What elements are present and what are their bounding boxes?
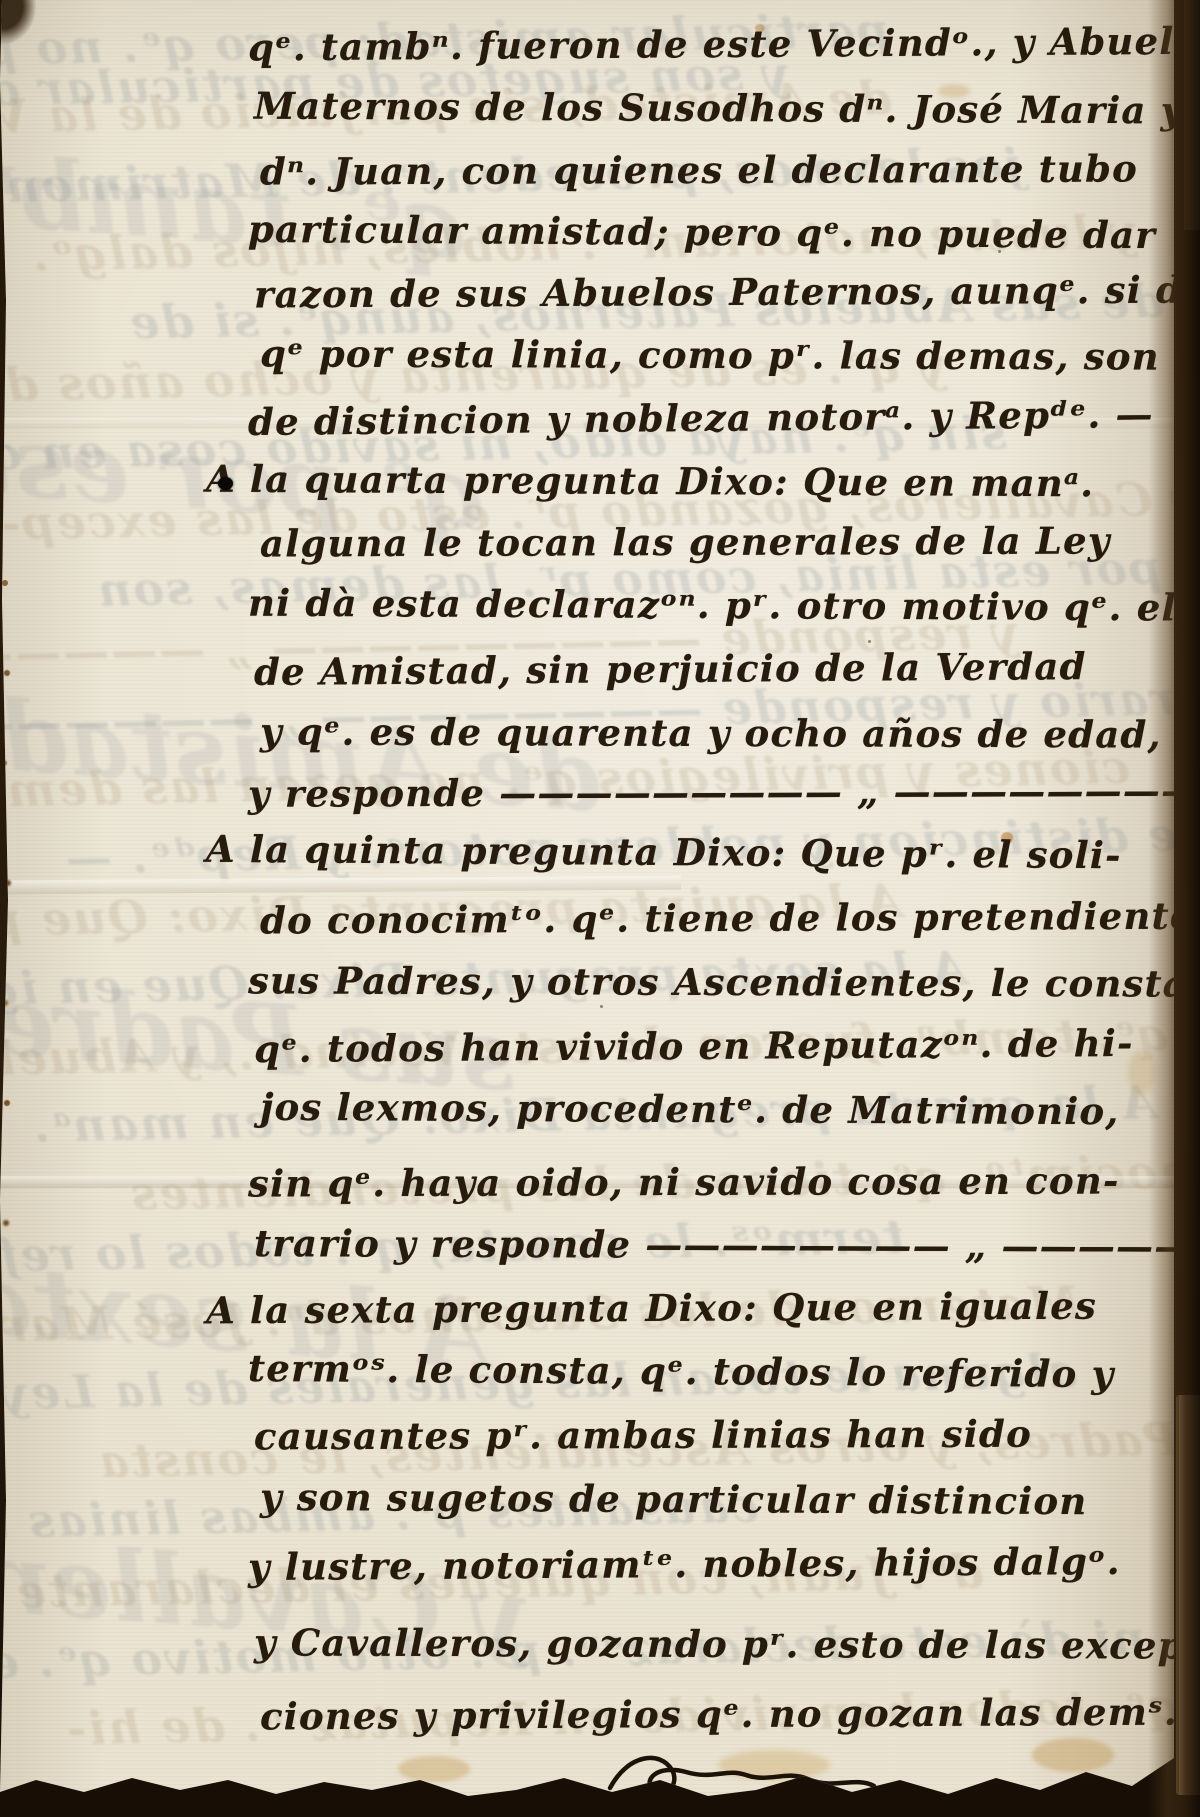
manuscript-line: y Cavalleros, gozando pʳ. esto de las ex… [254,1620,1174,1667]
manuscript-line: qᵉ por esta linia, como pʳ. las demas, s… [260,331,1160,378]
manuscript-text: qᵉ. tambⁿ. fueron de este Vecindᵒ., y Ab… [0,0,1174,1817]
manuscript-line: qᵉ. tambⁿ. fueron de este Vecindᵒ., y Ab… [248,19,1174,70]
manuscript-line: sin qᵉ. haya oido, ni savido cosa en con… [248,1158,1120,1205]
page-corner-mark [0,0,36,44]
manuscript-line: dⁿ. Juan, con quienes el declarante tubo [260,146,1138,193]
manuscript-line: y qᵉ. es de quarenta y ocho años de edad… [260,709,1162,756]
manuscript-line: ni dà esta declarazᵒⁿ. pʳ. otro motivo q… [248,581,1174,630]
manuscript-line: A la quarta pregunta Dixo: Que en manᵃ. [206,457,1095,506]
rubric-flourish [598,1742,938,1812]
ink-blot [218,477,233,490]
manuscript-line: de Amistad, sin perjuicio de la Verdad [254,644,1087,694]
manuscript-line: ciones y privilegios qᵉ. no gozan las de… [260,1690,1174,1739]
manuscript-line: A la quinta pregunta Dixo: Que pʳ. el so… [206,827,1122,877]
manuscript-line: do conocimᵗᵒ. qᵉ. tiene de los pretendie… [260,893,1174,942]
manuscript-line: A la sexta pregunta Dixo: Que en iguales [206,1284,1097,1333]
manuscript-line: razon de sus Abuelos Paternos, aunqᵉ. si… [254,268,1174,317]
manuscript-line: termᵒˢ. le consta, qᵉ. todos lo referido… [248,1346,1115,1396]
manuscript-line: alguna le tocan las generales de la Ley [260,519,1111,566]
manuscript-photo: particular amistad; pero qᵉ. no puede da… [0,0,1200,1817]
manuscript-line: sus Padres, y otros Ascendientes, le con… [248,958,1174,1005]
manuscript-page: particular amistad; pero qᵉ. no puede da… [0,0,1174,1817]
manuscript-line: jos lexmos, procedentᵉ. de Matrimonio, [260,1085,1120,1133]
manuscript-line: y responde ————————— „ ————————— [248,768,1174,815]
underlying-page-edge [1184,0,1200,230]
manuscript-line: Maternos de los Susodhos dⁿ. José Maria … [254,84,1174,133]
manuscript-line: causantes pʳ. ambas linias han sido [254,1412,1032,1459]
manuscript-line: y lustre, notoriamᵗᵉ. nobles, hijos dalg… [248,1539,1121,1589]
manuscript-line: trario y responde ———————— „ ———————— [254,1221,1174,1269]
manuscript-line: qᵉ. todos han vivido en Reputazᵒⁿ. de hi… [254,1021,1134,1071]
underlying-page-edge [1176,1395,1200,1795]
manuscript-line: particular amistad; pero qᵉ. no puede da… [248,207,1156,257]
manuscript-line: de distincion y nobleza notorᵃ. y Repᵈᵉ.… [248,392,1154,444]
manuscript-line: y son sugetos de particular distincion [260,1475,1088,1523]
